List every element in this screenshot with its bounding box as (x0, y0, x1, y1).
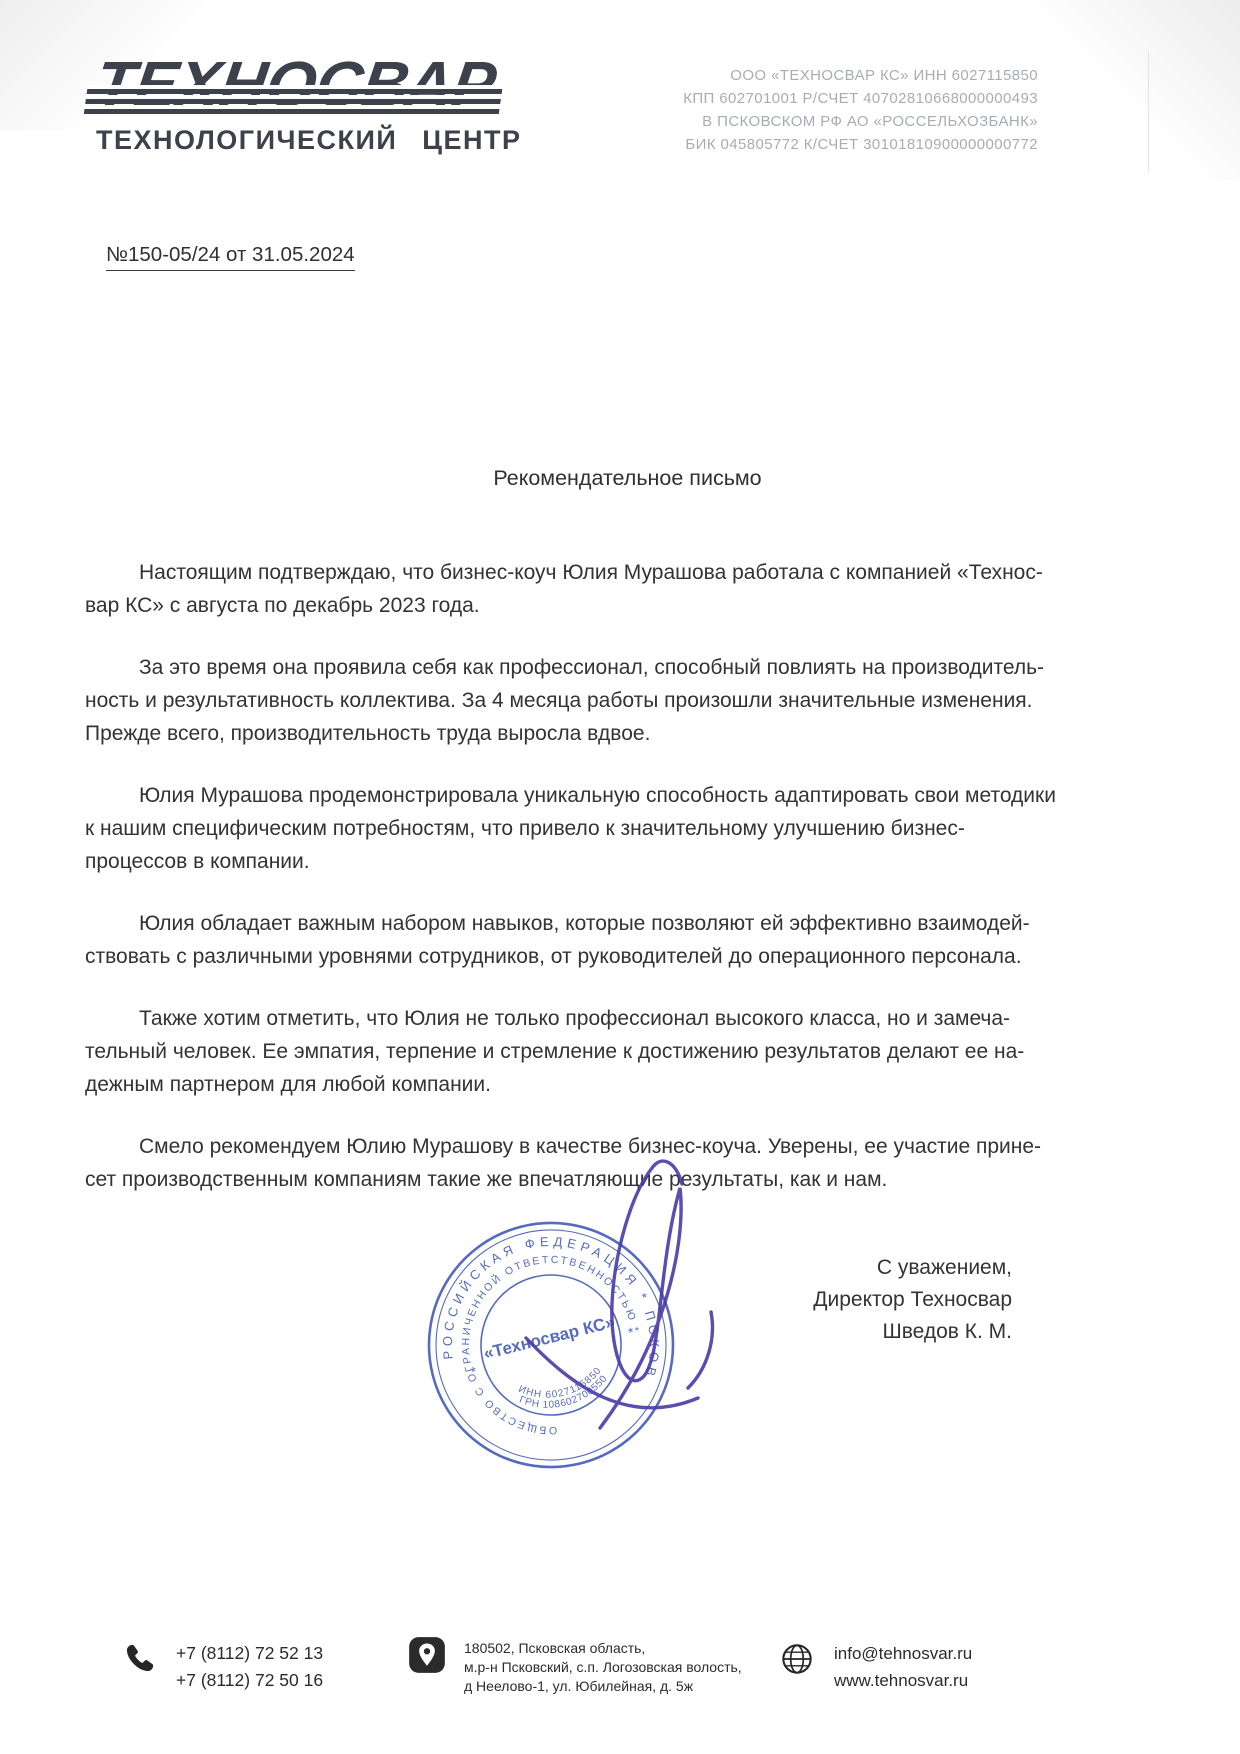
logo-stripe-bar (87, 89, 503, 95)
paragraph: Также хотим отметить, что Юлия не только… (85, 1002, 1060, 1101)
scan-shadow-top-right (1010, 0, 1240, 180)
company-requisites: ООО «ТЕХНОСВАР КС» ИНН 6027115850 КПП 60… (683, 64, 1038, 156)
location-pin-icon (406, 1634, 448, 1676)
letter-page: ТЕХНОСВАР ТЕХНОЛОГИЧЕСКИЙ ЦЕНТР ООО «ТЕХ… (0, 0, 1240, 1754)
phone-icon (118, 1638, 160, 1680)
footer-phone: +7 (8112) 72 52 13 +7 (8112) 72 50 16 (118, 1638, 323, 1694)
scan-edge-line (1148, 52, 1149, 172)
email-and-website: info@tehnosvar.ru www.tehnosvar.ru (834, 1638, 972, 1694)
footer-web: info@tehnosvar.ru www.tehnosvar.ru (776, 1638, 972, 1694)
paragraph: Настоящим подтверждаю, что бизнес-коуч Ю… (85, 556, 1060, 622)
letter-body: Настоящим подтверждаю, что бизнес-коуч Ю… (85, 556, 1060, 1225)
director-signature-ink (430, 1126, 850, 1466)
reference-number: №150-05/24 от 31.05.2024 (106, 243, 355, 271)
footer-address: 180502, Псковская область, м.р-н Псковск… (406, 1634, 742, 1696)
logo-wordmark: ТЕХНОСВАР (92, 52, 500, 116)
company-logo: ТЕХНОСВАР ТЕХНОЛОГИЧЕСКИЙ ЦЕНТР (96, 52, 596, 156)
paragraph: За это время она проявила себя как профе… (85, 651, 1060, 750)
logo-subtitle-text: ТЕХНОЛОГИЧЕСКИЙ ЦЕНТР (96, 125, 596, 156)
logo-stripe-bar (85, 99, 501, 105)
signature-block: С уважением, Директор Техносвар Шведов К… (813, 1252, 1012, 1348)
paragraph: Юлия обладает важным набором навыков, ко… (85, 907, 1060, 973)
postal-address: 180502, Псковская область, м.р-н Псковск… (464, 1634, 742, 1696)
phone-numbers: +7 (8112) 72 52 13 +7 (8112) 72 50 16 (176, 1638, 323, 1694)
globe-icon (776, 1638, 818, 1680)
letter-title: Рекомендательное письмо (85, 466, 1060, 491)
logo-stripe-bar (84, 109, 500, 115)
paragraph: Юлия Мурашова продемонстрировала уникаль… (85, 779, 1060, 878)
